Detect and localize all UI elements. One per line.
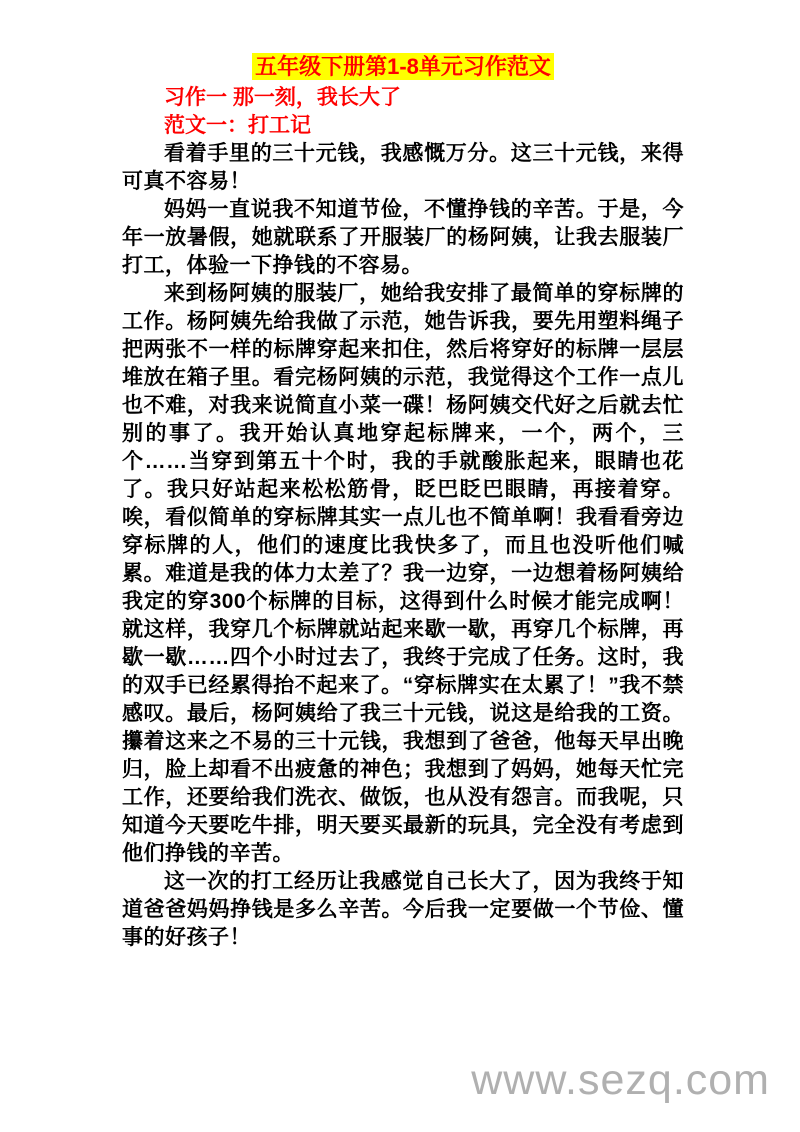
model-essay-heading: 范文一：打工记 xyxy=(122,112,684,140)
doc-title-text: 五年级下册第1-8单元习作范文 xyxy=(252,53,554,80)
watermark: www.sezq.com xyxy=(471,1056,770,1105)
essay-paragraph-1: 看着手里的三十元钱，我感慨万分。这三十元钱，来得可真不容易！ xyxy=(122,140,684,196)
essay-paragraph-4: 这一次的打工经历让我感觉自己长大了，因为我终于知道爸爸妈妈挣钱是多么辛苦。今后我… xyxy=(122,868,684,952)
doc-title: 五年级下册第1-8单元习作范文 xyxy=(122,52,684,82)
unit-heading: 习作一 那一刻，我长大了 xyxy=(122,84,684,112)
document-content: 五年级下册第1-8单元习作范文 习作一 那一刻，我长大了 范文一：打工记 看着手… xyxy=(122,52,684,952)
essay-paragraph-3: 来到杨阿姨的服装厂，她给我安排了最简单的穿标牌的工作。杨阿姨先给我做了示范，她告… xyxy=(122,280,684,868)
document-page: 五年级下册第1-8单元习作范文 习作一 那一刻，我长大了 范文一：打工记 看着手… xyxy=(0,0,800,1132)
essay-paragraph-2: 妈妈一直说我不知道节俭，不懂挣钱的辛苦。于是，今年一放暑假，她就联系了开服装厂的… xyxy=(122,196,684,280)
